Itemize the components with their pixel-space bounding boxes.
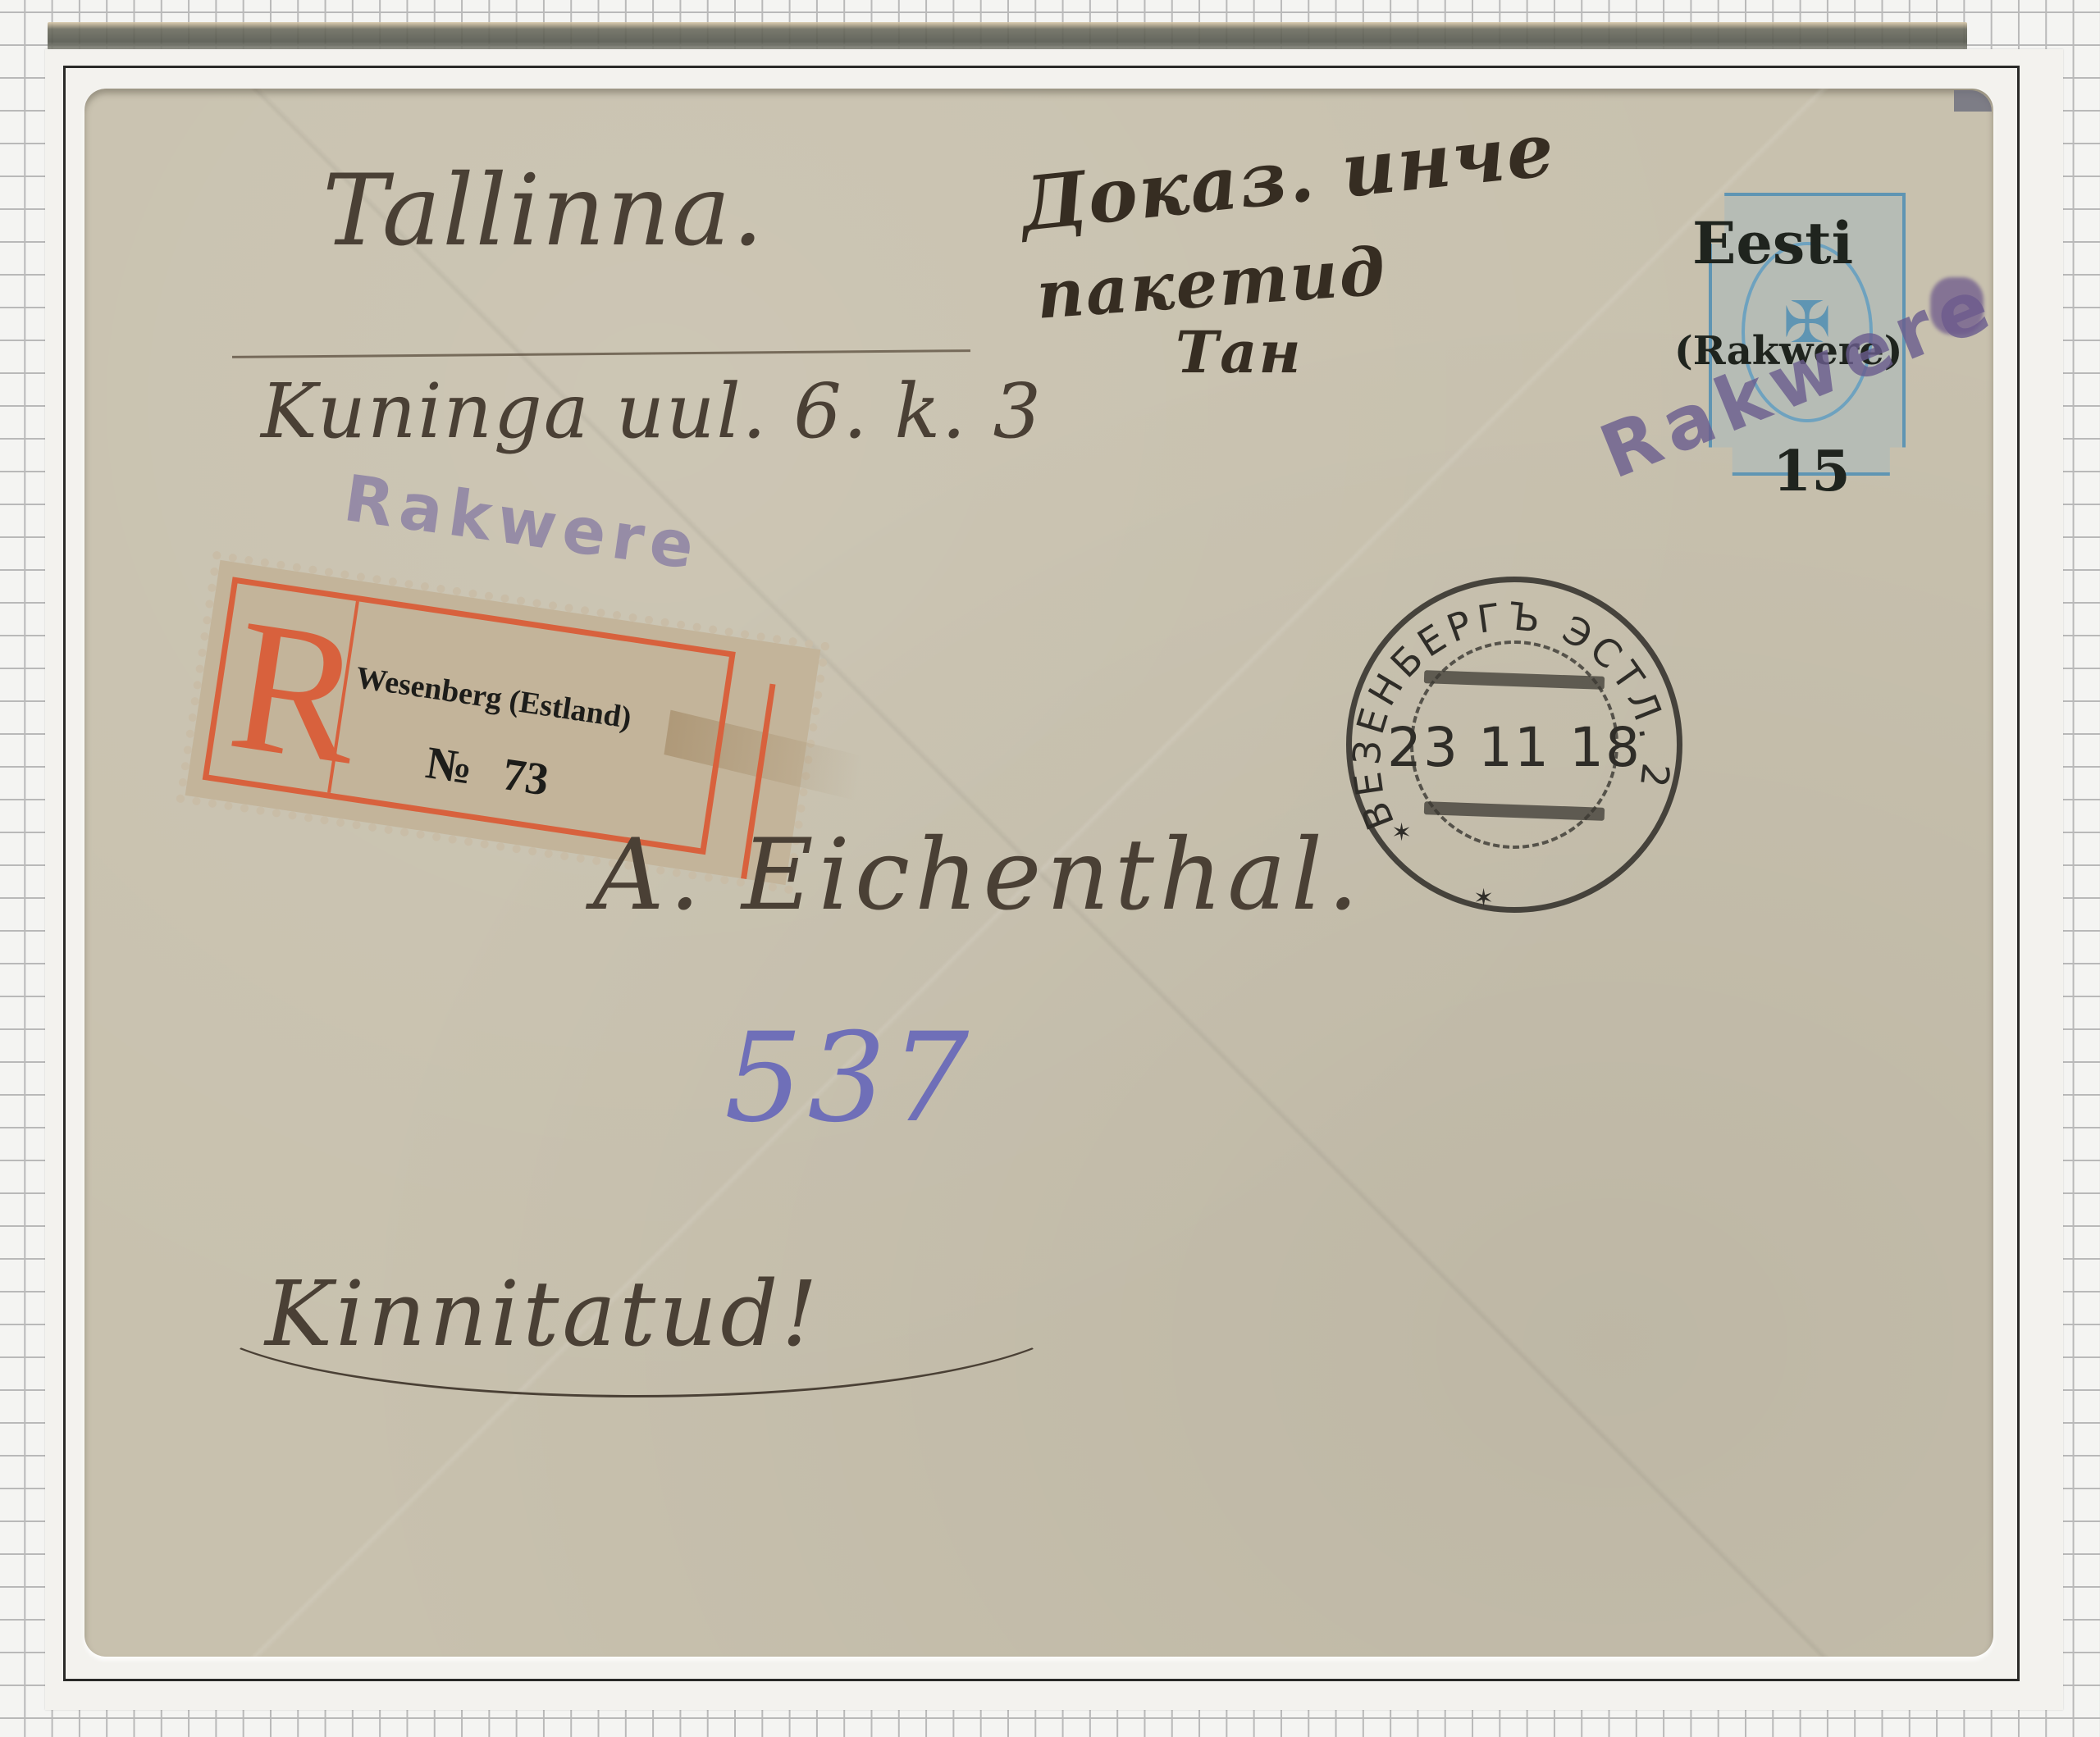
label-number: № 73 — [422, 736, 552, 807]
address-street: Kuninga uul. 6. k. 3 — [261, 367, 1043, 455]
label-number-value: 73 — [499, 749, 552, 806]
violet-ink-blob — [1930, 277, 1984, 335]
envelope: Tallinna. Kuninga uul. 6. k. 3 Доказ. ин… — [84, 89, 1993, 1657]
label-violet-overstamp: Rakwere — [340, 462, 705, 585]
address-underline — [232, 349, 970, 358]
russian-note-line1: Доказ. инче — [1016, 106, 1559, 248]
label-office-name: Wesenberg (Estland) — [354, 659, 634, 736]
label-number-prefix: № — [422, 737, 476, 795]
svg-text:ВЕЗЕНБЕРГЪ ЭСТЛ. 2: ВЕЗЕНБЕРГЪ ЭСТЛ. 2 — [1346, 594, 1678, 836]
postmark: 23 11 18 ВЕЗЕНБЕРГЪ ЭСТЛ. 2 ✶ ✶ — [1346, 577, 1682, 913]
label-r-letter: R — [220, 585, 373, 798]
address-city: Tallinna. — [322, 154, 765, 268]
corner-ink-mark — [1954, 90, 1992, 112]
overprint-value: 15 — [1773, 439, 1851, 504]
postmark-star-left-icon: ✶ — [1391, 818, 1412, 847]
postmark-arc-text: ВЕЗЕНБЕРГЪ ЭСТЛ. 2 — [1346, 577, 1682, 913]
postmark-star-bottom-icon: ✶ — [1473, 884, 1494, 913]
archive-number: 537 — [724, 1007, 974, 1150]
label-r-box: R — [209, 583, 359, 793]
footnote-swash — [191, 1220, 1082, 1397]
addressee-name: A. Eichenthal. — [593, 818, 1363, 932]
russian-note-line3: Тан — [1176, 318, 1302, 386]
overprint-eesti: Eesti — [1692, 209, 1853, 277]
album-top-shadow — [48, 22, 1967, 50]
